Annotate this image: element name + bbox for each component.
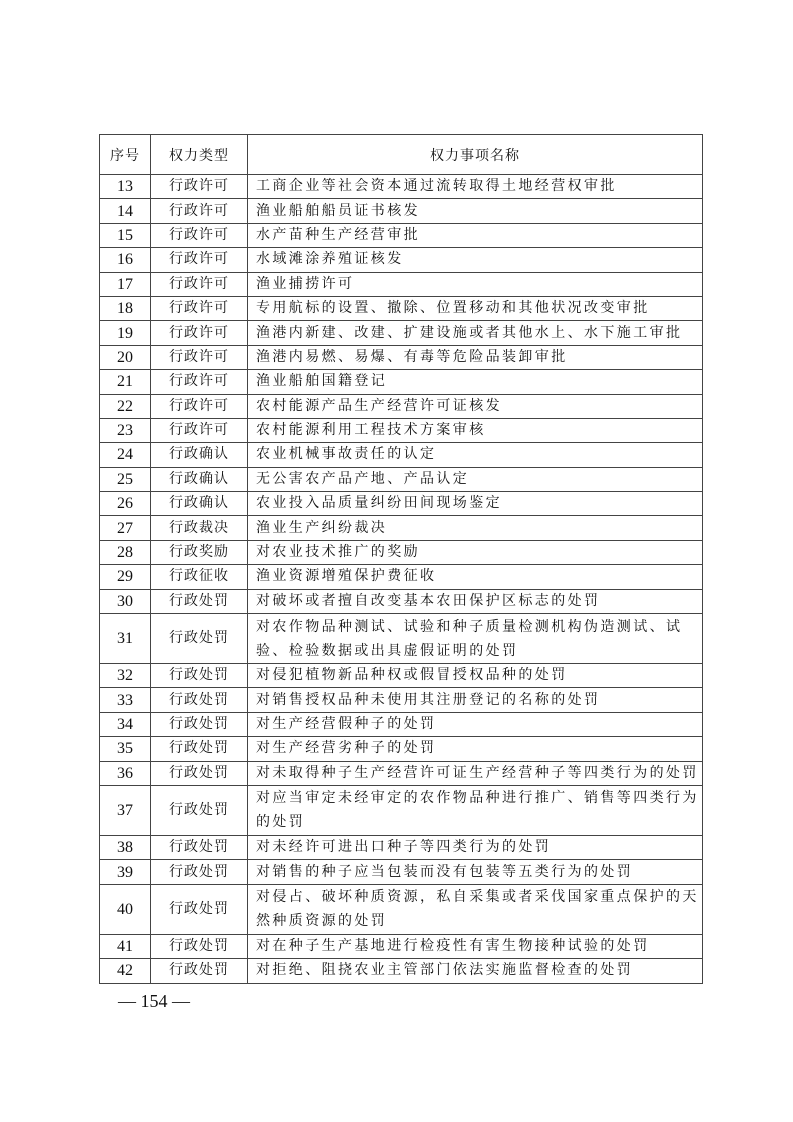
row-serial-number: 16 <box>100 248 151 272</box>
row-power-item-name: 专用航标的设置、撤除、位置移动和其他状况改变审批 <box>248 296 703 320</box>
table-row: 34行政处罚对生产经营假种子的处罚 <box>100 712 703 736</box>
row-serial-number: 20 <box>100 345 151 369</box>
table-row: 21行政许可渔业船舶国籍登记 <box>100 370 703 394</box>
row-power-type: 行政处罚 <box>151 614 248 664</box>
row-power-type: 行政确认 <box>151 467 248 491</box>
row-serial-number: 23 <box>100 418 151 442</box>
row-power-type: 行政许可 <box>151 418 248 442</box>
row-serial-number: 26 <box>100 492 151 516</box>
table-row: 30行政处罚对破坏或者擅自改变基本农田保护区标志的处罚 <box>100 589 703 613</box>
table-row: 36行政处罚对未取得种子生产经营许可证生产经营种子等四类行为的处罚 <box>100 761 703 785</box>
table-row: 22行政许可农村能源产品生产经营许可证核发 <box>100 394 703 418</box>
row-power-item-name: 对销售授权品种未使用其注册登记的名称的处罚 <box>248 688 703 712</box>
row-power-item-name: 对农业技术推广的奖励 <box>248 540 703 564</box>
row-power-item-name: 对侵犯植物新品种权或假冒授权品种的处罚 <box>248 664 703 688</box>
row-power-item-name: 对农作物品种测试、试验和种子质量检测机构伪造测试、试验、检验数据或出具虚假证明的… <box>248 614 703 664</box>
row-power-item-name: 渔业资源增殖保护费征收 <box>248 565 703 589</box>
table-row: 35行政处罚对生产经营劣种子的处罚 <box>100 737 703 761</box>
table-row: 13行政许可工商企业等社会资本通过流转取得土地经营权审批 <box>100 175 703 199</box>
row-power-item-name: 对拒绝、阻挠农业主管部门依法实施监督检查的处罚 <box>248 959 703 983</box>
row-power-item-name: 工商企业等社会资本通过流转取得土地经营权审批 <box>248 175 703 199</box>
row-power-type: 行政处罚 <box>151 785 248 835</box>
row-serial-number: 17 <box>100 272 151 296</box>
row-power-type: 行政处罚 <box>151 884 248 934</box>
table-row: 42行政处罚对拒绝、阻挠农业主管部门依法实施监督检查的处罚 <box>100 959 703 983</box>
table-row: 24行政确认农业机械事故责任的认定 <box>100 443 703 467</box>
power-items-table: 序号 权力类型 权力事项名称 13行政许可工商企业等社会资本通过流转取得土地经营… <box>99 134 703 984</box>
table-row: 33行政处罚对销售授权品种未使用其注册登记的名称的处罚 <box>100 688 703 712</box>
table-row: 19行政许可渔港内新建、改建、扩建设施或者其他水上、水下施工审批 <box>100 321 703 345</box>
row-power-type: 行政许可 <box>151 321 248 345</box>
row-serial-number: 18 <box>100 296 151 320</box>
row-power-type: 行政许可 <box>151 248 248 272</box>
row-serial-number: 36 <box>100 761 151 785</box>
table-row: 27行政裁决渔业生产纠纷裁决 <box>100 516 703 540</box>
row-power-type: 行政许可 <box>151 296 248 320</box>
row-serial-number: 38 <box>100 835 151 859</box>
table-row: 37行政处罚对应当审定未经审定的农作物品种进行推广、销售等四类行为的处罚 <box>100 785 703 835</box>
row-power-item-name: 农业机械事故责任的认定 <box>248 443 703 467</box>
row-power-type: 行政处罚 <box>151 934 248 958</box>
row-serial-number: 14 <box>100 199 151 223</box>
row-serial-number: 32 <box>100 664 151 688</box>
row-serial-number: 22 <box>100 394 151 418</box>
row-power-type: 行政许可 <box>151 370 248 394</box>
table-row: 26行政确认农业投入品质量纠纷田间现场鉴定 <box>100 492 703 516</box>
row-power-type: 行政处罚 <box>151 712 248 736</box>
table-row: 15行政许可水产苗种生产经营审批 <box>100 223 703 247</box>
row-power-type: 行政处罚 <box>151 835 248 859</box>
row-serial-number: 42 <box>100 959 151 983</box>
row-power-type: 行政处罚 <box>151 737 248 761</box>
row-power-type: 行政裁决 <box>151 516 248 540</box>
row-power-type: 行政处罚 <box>151 860 248 884</box>
row-power-item-name: 对生产经营劣种子的处罚 <box>248 737 703 761</box>
row-power-type: 行政征收 <box>151 565 248 589</box>
row-power-item-name: 对生产经营假种子的处罚 <box>248 712 703 736</box>
row-power-item-name: 渔业船舶船员证书核发 <box>248 199 703 223</box>
table-row: 20行政许可渔港内易燃、易爆、有毒等危险品装卸审批 <box>100 345 703 369</box>
row-power-item-name: 对未经许可进出口种子等四类行为的处罚 <box>248 835 703 859</box>
row-power-type: 行政处罚 <box>151 761 248 785</box>
row-serial-number: 15 <box>100 223 151 247</box>
row-serial-number: 35 <box>100 737 151 761</box>
row-power-item-name: 对未取得种子生产经营许可证生产经营种子等四类行为的处罚 <box>248 761 703 785</box>
row-power-item-name: 对销售的种子应当包装而没有包装等五类行为的处罚 <box>248 860 703 884</box>
table-row: 28行政奖励对农业技术推广的奖励 <box>100 540 703 564</box>
table-row: 23行政许可农村能源利用工程技术方案审核 <box>100 418 703 442</box>
row-power-item-name: 对应当审定未经审定的农作物品种进行推广、销售等四类行为的处罚 <box>248 785 703 835</box>
table-row: 38行政处罚对未经许可进出口种子等四类行为的处罚 <box>100 835 703 859</box>
table-row: 39行政处罚对销售的种子应当包装而没有包装等五类行为的处罚 <box>100 860 703 884</box>
header-power-item-name: 权力事项名称 <box>248 135 703 175</box>
table-row: 31行政处罚对农作物品种测试、试验和种子质量检测机构伪造测试、试验、检验数据或出… <box>100 614 703 664</box>
row-power-item-name: 渔港内易燃、易爆、有毒等危险品装卸审批 <box>248 345 703 369</box>
row-power-type: 行政处罚 <box>151 688 248 712</box>
table-row: 14行政许可渔业船舶船员证书核发 <box>100 199 703 223</box>
row-power-type: 行政处罚 <box>151 664 248 688</box>
row-serial-number: 33 <box>100 688 151 712</box>
row-serial-number: 21 <box>100 370 151 394</box>
row-serial-number: 24 <box>100 443 151 467</box>
row-serial-number: 37 <box>100 785 151 835</box>
row-power-item-name: 农业投入品质量纠纷田间现场鉴定 <box>248 492 703 516</box>
row-power-type: 行政确认 <box>151 492 248 516</box>
row-power-item-name: 渔港内新建、改建、扩建设施或者其他水上、水下施工审批 <box>248 321 703 345</box>
row-power-type: 行政许可 <box>151 272 248 296</box>
row-power-item-name: 农村能源产品生产经营许可证核发 <box>248 394 703 418</box>
table-row: 40行政处罚对侵占、破坏种质资源，私自采集或者采伐国家重点保护的天然种质资源的处… <box>100 884 703 934</box>
header-power-type: 权力类型 <box>151 135 248 175</box>
row-serial-number: 30 <box>100 589 151 613</box>
table-row: 18行政许可专用航标的设置、撤除、位置移动和其他状况改变审批 <box>100 296 703 320</box>
page-number: — 154 — <box>118 991 190 1012</box>
row-serial-number: 28 <box>100 540 151 564</box>
row-serial-number: 27 <box>100 516 151 540</box>
table-row: 29行政征收渔业资源增殖保护费征收 <box>100 565 703 589</box>
table-row: 25行政确认无公害农产品产地、产品认定 <box>100 467 703 491</box>
row-serial-number: 41 <box>100 934 151 958</box>
row-power-item-name: 无公害农产品产地、产品认定 <box>248 467 703 491</box>
row-power-item-name: 水产苗种生产经营审批 <box>248 223 703 247</box>
row-power-type: 行政许可 <box>151 223 248 247</box>
row-power-item-name: 渔业生产纠纷裁决 <box>248 516 703 540</box>
row-power-item-name: 水域滩涂养殖证核发 <box>248 248 703 272</box>
table-header-row: 序号 权力类型 权力事项名称 <box>100 135 703 175</box>
row-serial-number: 39 <box>100 860 151 884</box>
table-row: 16行政许可水域滩涂养殖证核发 <box>100 248 703 272</box>
row-power-item-name: 渔业捕捞许可 <box>248 272 703 296</box>
row-serial-number: 25 <box>100 467 151 491</box>
row-power-item-name: 对在种子生产基地进行检疫性有害生物接种试验的处罚 <box>248 934 703 958</box>
row-serial-number: 29 <box>100 565 151 589</box>
row-power-item-name: 渔业船舶国籍登记 <box>248 370 703 394</box>
table-row: 32行政处罚对侵犯植物新品种权或假冒授权品种的处罚 <box>100 664 703 688</box>
row-power-item-name: 对侵占、破坏种质资源，私自采集或者采伐国家重点保护的天然种质资源的处罚 <box>248 884 703 934</box>
row-power-type: 行政确认 <box>151 443 248 467</box>
row-power-type: 行政奖励 <box>151 540 248 564</box>
row-power-type: 行政处罚 <box>151 589 248 613</box>
row-serial-number: 13 <box>100 175 151 199</box>
row-power-type: 行政处罚 <box>151 959 248 983</box>
row-power-item-name: 对破坏或者擅自改变基本农田保护区标志的处罚 <box>248 589 703 613</box>
row-power-type: 行政许可 <box>151 345 248 369</box>
row-power-type: 行政许可 <box>151 199 248 223</box>
row-serial-number: 31 <box>100 614 151 664</box>
row-power-type: 行政许可 <box>151 175 248 199</box>
table-row: 17行政许可渔业捕捞许可 <box>100 272 703 296</box>
row-power-item-name: 农村能源利用工程技术方案审核 <box>248 418 703 442</box>
header-serial-number: 序号 <box>100 135 151 175</box>
row-serial-number: 34 <box>100 712 151 736</box>
row-power-type: 行政许可 <box>151 394 248 418</box>
row-serial-number: 19 <box>100 321 151 345</box>
row-serial-number: 40 <box>100 884 151 934</box>
table-row: 41行政处罚对在种子生产基地进行检疫性有害生物接种试验的处罚 <box>100 934 703 958</box>
